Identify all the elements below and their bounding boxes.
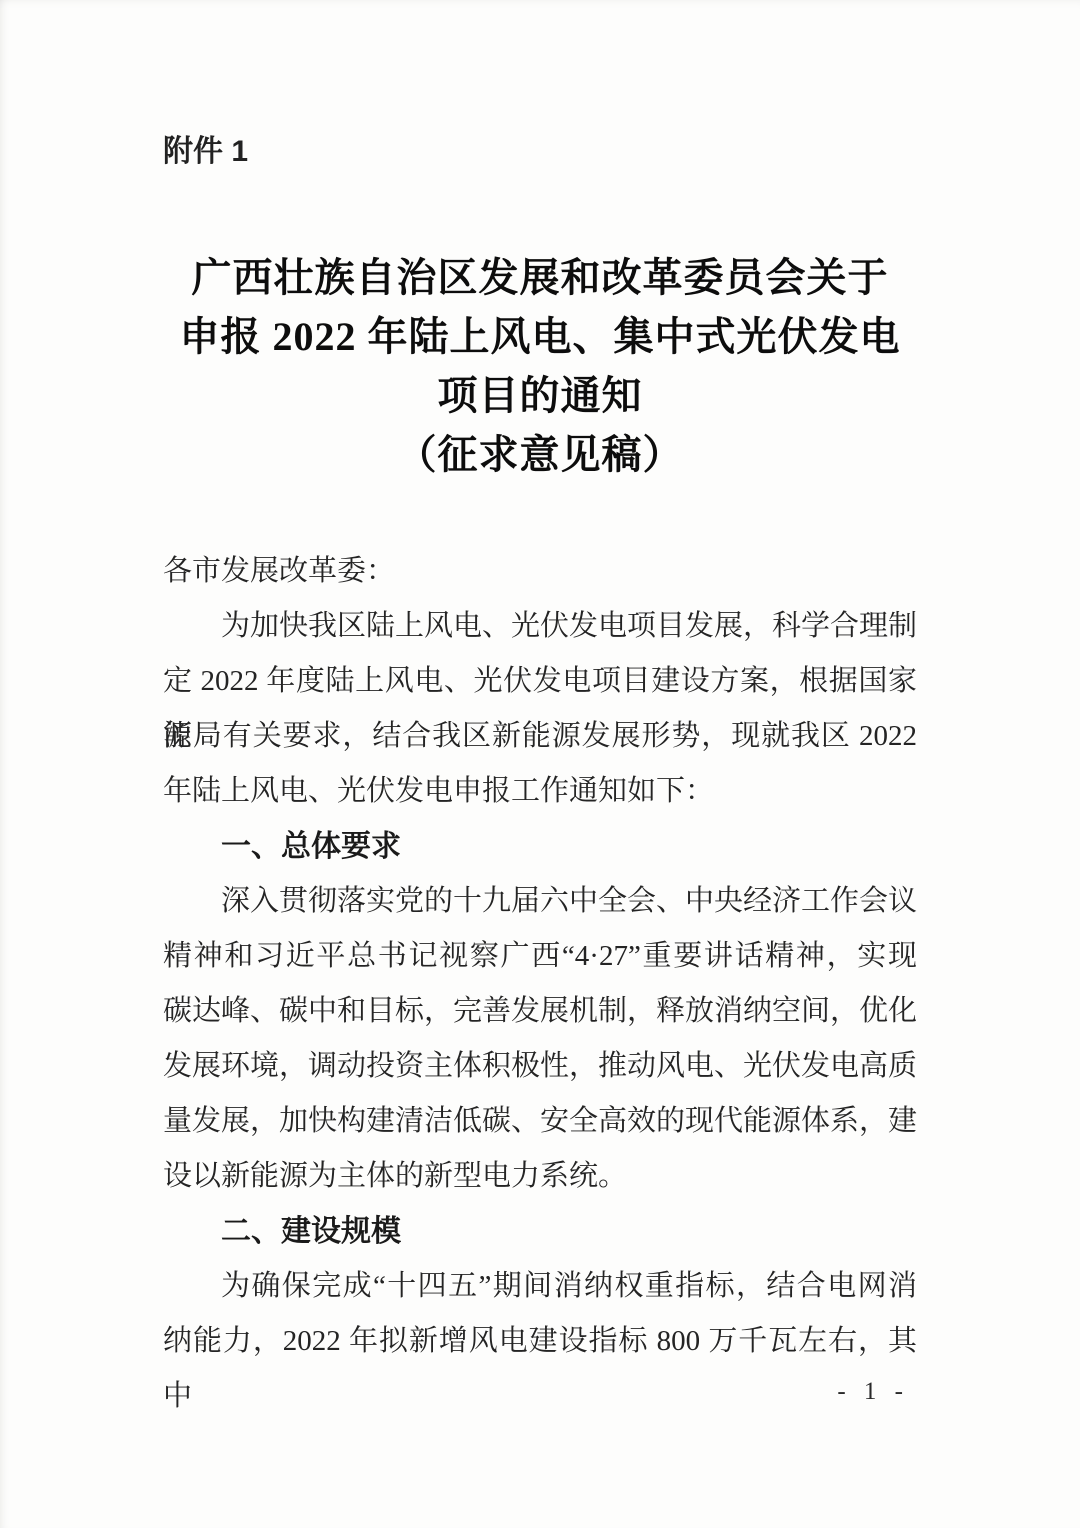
page-number: - 1 - (163, 1377, 917, 1407)
document-title: 广西壮族自治区发展和改革委员会关于 申报 2022 年陆上风电、集中式光伏发电 … (163, 248, 917, 484)
document-page: 附件 1 广西壮族自治区发展和改革委员会关于 申报 2022 年陆上风电、集中式… (0, 0, 1080, 1528)
body-line: 为加快我区陆上风电、光伏发电项目发展，科学合理制 (163, 599, 917, 654)
section-heading-1: 一、总体要求 (163, 819, 917, 874)
body-line: 为确保完成“十四五”期间消纳权重指标，结合电网消 (163, 1259, 917, 1314)
body-line: 深入贯彻落实党的十九届六中全会、中央经济工作会议 (163, 874, 917, 929)
section-heading-2: 二、建设规模 (163, 1204, 917, 1259)
body-line: 精神和习近平总书记视察广西“4·27”重要讲话精神，实现 (163, 929, 917, 984)
title-line: 申报 2022 年陆上风电、集中式光伏发电 (163, 307, 917, 366)
body-line: 源局有关要求，结合我区新能源发展形势，现就我区 2022 (163, 709, 917, 764)
title-line: 项目的通知 (163, 366, 917, 425)
body-line: 量发展，加快构建清洁低碳、安全高效的现代能源体系，建 (163, 1094, 917, 1149)
body-line: 碳达峰、碳中和目标，完善发展机制，释放消纳空间，优化 (163, 984, 917, 1039)
body-line: 年陆上风电、光伏发电申报工作通知如下： (163, 764, 917, 819)
attachment-label: 附件 1 (163, 135, 917, 169)
body-line: 定 2022 年度陆上风电、光伏发电项目建设方案，根据国家能 (163, 654, 917, 709)
body-line: 设以新能源为主体的新型电力系统。 (163, 1149, 917, 1204)
body-line: 发展环境，调动投资主体积极性，推动风电、光伏发电高质 (163, 1039, 917, 1094)
salutation: 各市发展改革委： (163, 544, 917, 599)
document-body: 各市发展改革委： 为加快我区陆上风电、光伏发电项目发展，科学合理制 定 2022… (163, 544, 917, 1369)
title-line: 广西壮族自治区发展和改革委员会关于 (163, 248, 917, 307)
title-subtitle-draft: （征求意见稿） (163, 425, 917, 484)
body-line: 纳能力，2022 年拟新增风电建设指标 800 万千瓦左右，其中 (163, 1314, 917, 1369)
